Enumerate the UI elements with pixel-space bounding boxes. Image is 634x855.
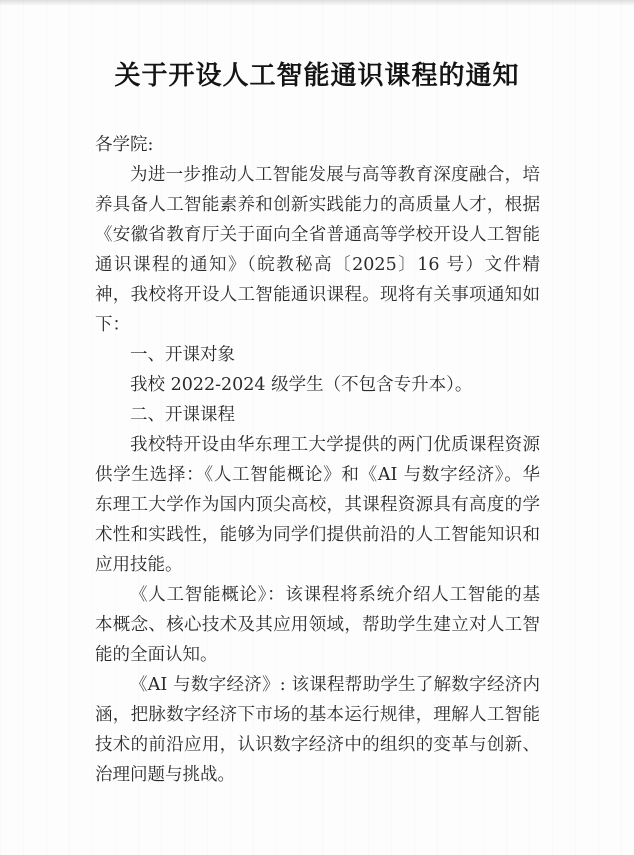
paragraph: 我校 2022-2024 级学生（不包含专升本）。 — [95, 370, 540, 400]
salutation: 各学院: — [95, 130, 540, 160]
paragraph: 为进一步推动人工智能发展与高等教育深度融合，培养具备人工智能素养和创新实践能力的… — [95, 160, 540, 340]
page-title: 关于开设人工智能通识课程的通知 — [0, 0, 634, 96]
paragraph: 二、开课课程 — [95, 400, 540, 430]
paragraph: 一、开课对象 — [95, 340, 540, 370]
paragraph: 《AI 与数字经济》: 该课程帮助学生了解数字经济内涵，把脉数字经济下市场的基本… — [95, 670, 540, 790]
paragraph: 我校特开设由华东理工大学提供的两门优质课程资源供学生选择：《人工智能概论》和《A… — [95, 430, 540, 580]
document-page: 关于开设人工智能通识课程的通知 各学院: 为进一步推动人工智能发展与高等教育深度… — [0, 0, 634, 855]
document-body: 各学院: 为进一步推动人工智能发展与高等教育深度融合，培养具备人工智能素养和创新… — [95, 130, 540, 790]
paragraph: 《人工智能概论》：该课程将系统介绍人工智能的基本概念、核心技术及其应用领域，帮助… — [95, 580, 540, 670]
